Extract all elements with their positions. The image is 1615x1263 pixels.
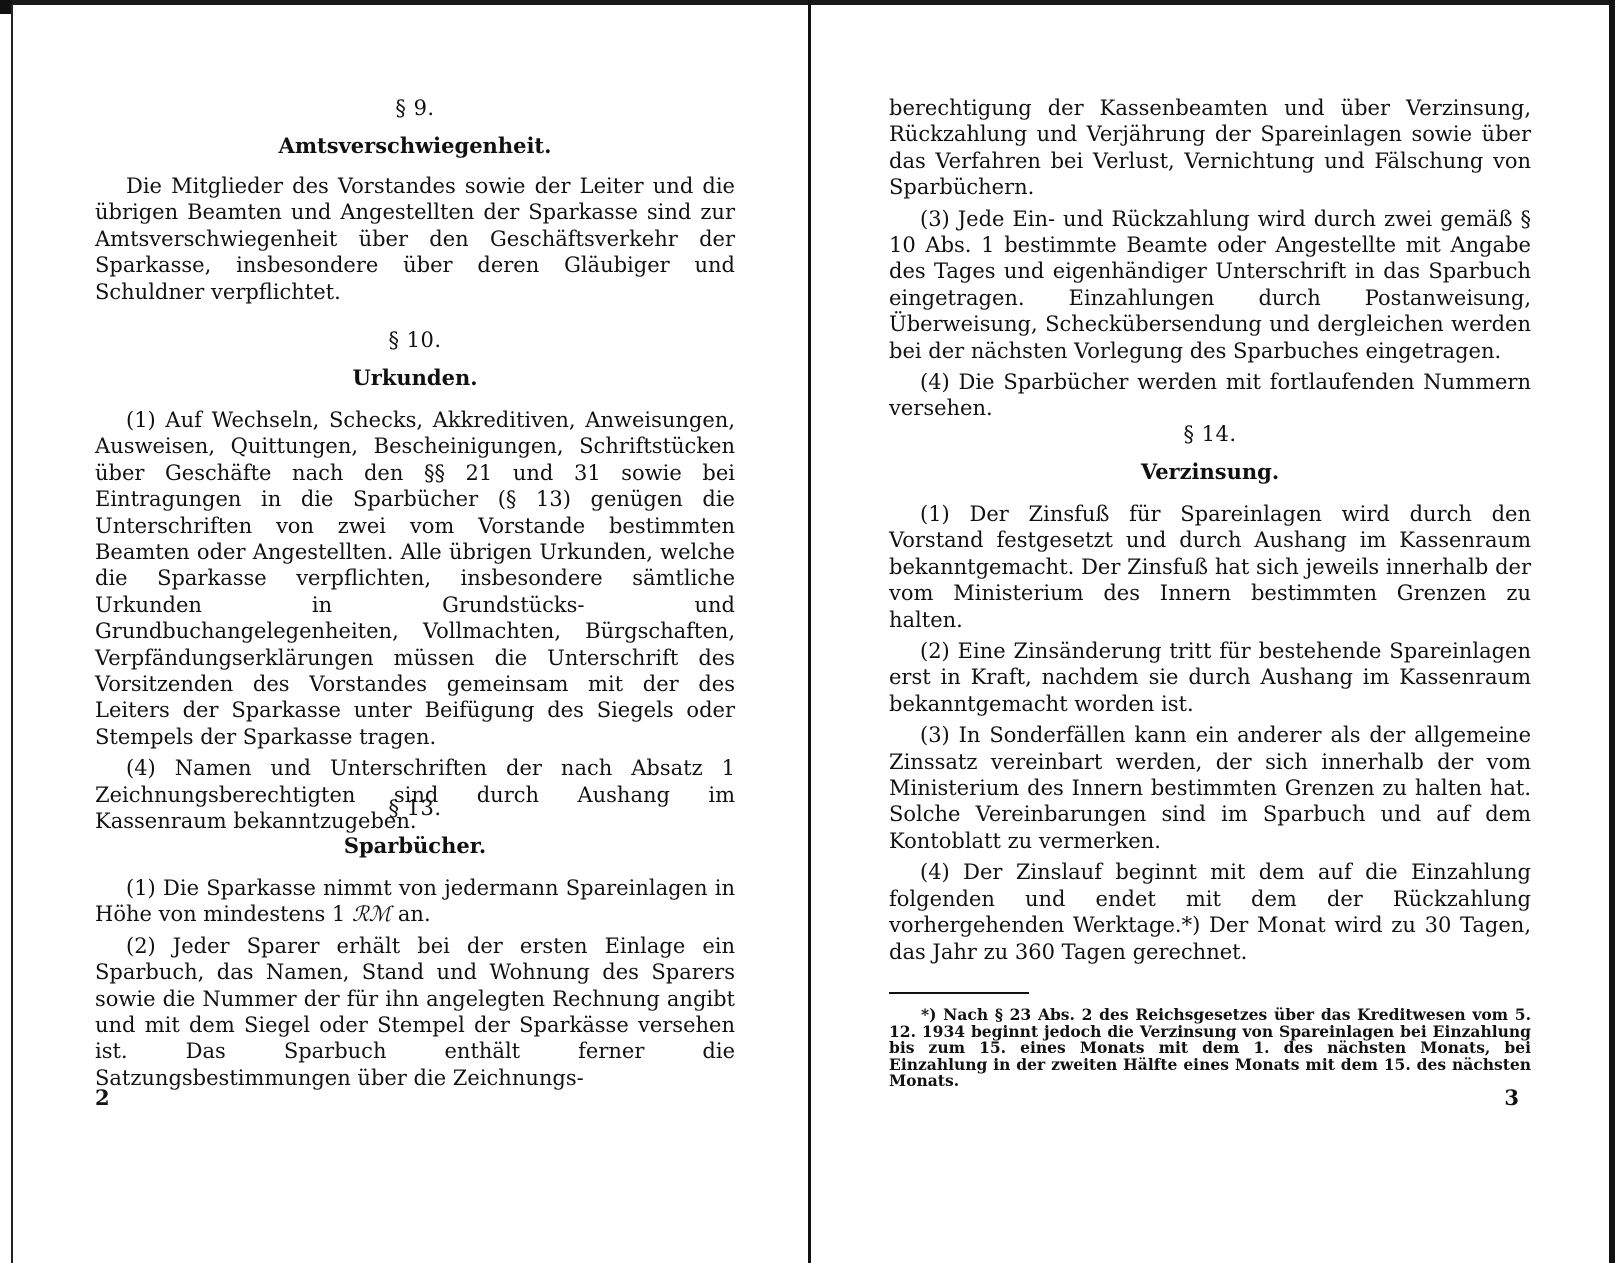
paragraph: (3) Jede Ein- und Rückzahlung wird durch… [889, 206, 1531, 364]
paragraph: (2) Jeder Sparer erhält bei der ersten E… [95, 933, 735, 1091]
section-9: § 9. Amtsverschwiegenheit. Die Mitgliede… [95, 95, 735, 305]
section-number: § 13. [95, 795, 735, 821]
paragraph: (1) Die Sparkasse nimmt von jedermann Sp… [95, 875, 735, 928]
page-number: 2 [95, 1085, 110, 1110]
section-number: § 14. [889, 421, 1531, 447]
paragraph-continuation: berechtigung der Kassenbeamten und über … [889, 95, 1531, 201]
paragraph: Die Mitglieder des Vorstandes sowie der … [95, 173, 735, 305]
section-13-continued: berechtigung der Kassenbeamten und über … [889, 95, 1531, 422]
reichsmark-symbol: ℛℳ [352, 902, 391, 926]
section-13: § 13. Sparbücher. (1) Die Sparkasse nimm… [95, 795, 735, 1091]
section-10: § 10. Urkunden. (1) Auf Wechseln, Scheck… [95, 327, 735, 835]
footnote: *) Nach § 23 Abs. 2 des Reichsgesetzes ü… [889, 1007, 1531, 1090]
paragraph: (1) Auf Wechseln, Schecks, Akkreditiven,… [95, 407, 735, 750]
footnote-area: *) Nach § 23 Abs. 2 des Reichsgesetzes ü… [889, 992, 1531, 1090]
section-title: Amtsverschwiegenheit. [95, 133, 735, 159]
section-14: § 14. Verzinsung. (1) Der Zinsfuß für Sp… [889, 421, 1531, 965]
footnote-rule [889, 992, 1029, 994]
paragraph-tail: an. [391, 902, 430, 926]
paragraph: (2) Eine Zinsänderung tritt für bestehen… [889, 638, 1531, 717]
section-title: Verzinsung. [889, 459, 1531, 485]
section-title: Sparbücher. [95, 833, 735, 859]
paragraph: (3) In Sonderfällen kann ein anderer als… [889, 722, 1531, 854]
paragraph: (1) Der Zinsfuß für Spareinlagen wird du… [889, 501, 1531, 633]
left-page: § 9. Amtsverschwiegenheit. Die Mitgliede… [95, 0, 735, 1263]
scan-left-edge [11, 4, 13, 1263]
section-number: § 9. [95, 95, 735, 121]
right-page: berechtigung der Kassenbeamten und über … [889, 0, 1531, 1263]
scan-right-edge [1609, 0, 1615, 1263]
paragraph: (4) Die Sparbücher werden mit fortlaufen… [889, 369, 1531, 422]
paragraph: (4) Der Zinslauf beginnt mit dem auf die… [889, 859, 1531, 965]
section-number: § 10. [95, 327, 735, 353]
page-number: 3 [1504, 1085, 1519, 1110]
section-title: Urkunden. [95, 365, 735, 391]
book-gutter [808, 0, 811, 1263]
